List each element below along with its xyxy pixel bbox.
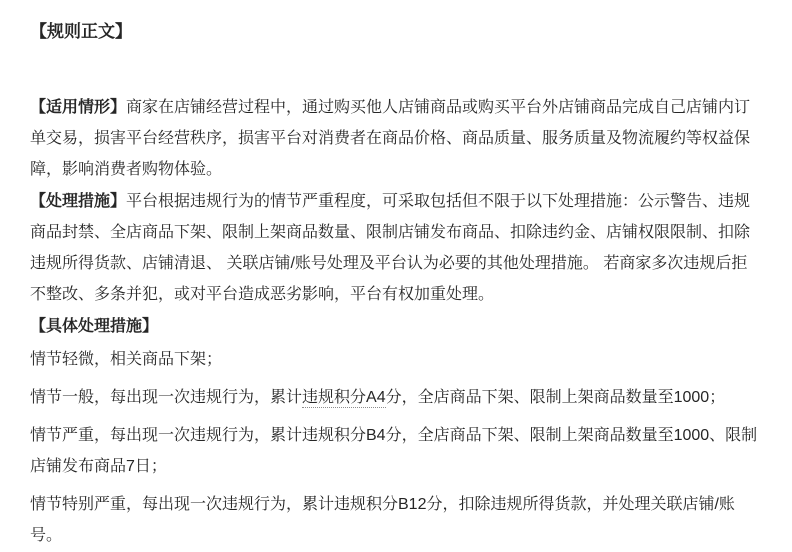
applicable-situation-paragraph: 【适用情形】商家在店铺经营过程中，通过购买他人店铺商品或购买平台外店铺商品完成自… bbox=[30, 92, 763, 185]
level-extreme-paragraph: 情节特别严重，每出现一次违规行为，累计违规积分B12分，扣除违规所得货款，并处理… bbox=[30, 489, 763, 551]
handling-measures-text: 平台根据违规行为的情节严重程度，可采取包括但不限于以下处理措施：公示警告、违规商… bbox=[30, 193, 750, 303]
level-general-text-before: 情节一般，每出现一次违规行为，累计 bbox=[30, 389, 302, 406]
level-minor-paragraph: 情节轻微，相关商品下架； bbox=[30, 344, 763, 375]
applicable-situation-label: 【适用情形】 bbox=[30, 99, 126, 116]
level-general-paragraph: 情节一般，每出现一次违规行为，累计违规积分A4分，全店商品下架、限制上架商品数量… bbox=[30, 382, 763, 413]
rule-document: 【规则正文】 【适用情形】商家在店铺经营过程中，通过购买他人店铺商品或购买平台外… bbox=[0, 0, 792, 551]
level-severe-paragraph: 情节严重，每出现一次违规行为，累计违规积分B4分，全店商品下架、限制上架商品数量… bbox=[30, 420, 763, 482]
level-general-text-after: 分，全店商品下架、限制上架商品数量至1000； bbox=[386, 389, 726, 406]
applicable-situation-text: 商家在店铺经营过程中，通过购买他人店铺商品或购买平台外店铺商品完成自己店铺内订单… bbox=[30, 99, 750, 178]
handling-measures-label: 【处理措施】 bbox=[30, 193, 126, 210]
handling-measures-paragraph: 【处理措施】平台根据违规行为的情节严重程度，可采取包括但不限于以下处理措施：公示… bbox=[30, 186, 763, 310]
violation-points-a4-term[interactable]: 违规积分A4 bbox=[302, 389, 386, 408]
rule-body-title: 【规则正文】 bbox=[30, 22, 763, 42]
specific-measures-heading: 【具体处理措施】 bbox=[30, 311, 763, 342]
